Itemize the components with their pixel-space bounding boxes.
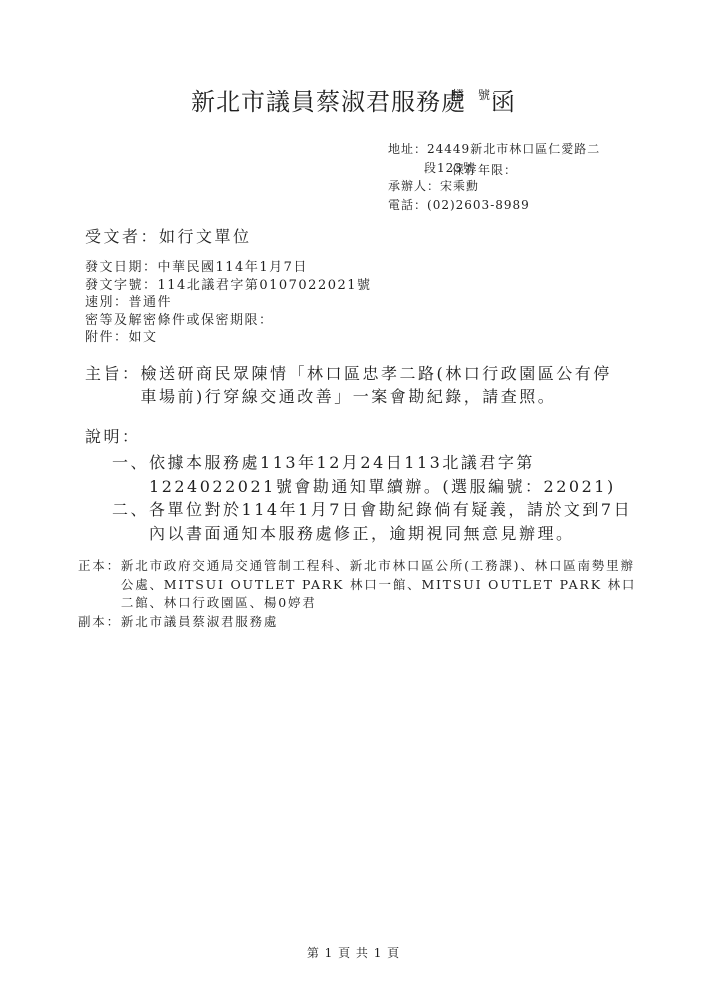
contact-phone: 電話：(02)2603-8989: [388, 196, 600, 215]
cc-copy-recipients: 新北市議員蔡淑君服務處: [121, 613, 643, 632]
officer-name: 宋乘勳: [440, 179, 479, 193]
explanation-item-2-text: 各單位對於114年1月7日會勘紀錄倘有疑義，請於文到7日內以書面通知本服務處修正…: [149, 498, 641, 545]
contact-officer: 承辦人：宋乘勳: [388, 177, 600, 196]
dispatch-number-row: 發文字號：114北議君字第0107022021號: [85, 277, 372, 295]
security-class-label: 密等及解密條件或保密期限：: [85, 313, 274, 328]
explanation-items: 一、 依據本服務處113年12月24日113北議君字第1224022021號會勘…: [112, 451, 641, 545]
contact-block: 地址：24449新北市林口區仁愛路二 段123號 承辦人：宋乘勳 電話：(02)…: [388, 140, 600, 214]
attachment-row: 附件：如文: [85, 329, 372, 347]
original-copy-recipients: 新北市政府交通局交通管制工程科、新北市林口區公所(工務課)、林口區南勢里辦公處、…: [121, 557, 643, 613]
dispatch-number-value: 114北議君字第0107022021號: [158, 278, 372, 293]
explanation-item-2: 二、 各單位對於114年1月7日會勘紀錄倘有疑義，請於文到7日內以書面通知本服務…: [112, 498, 641, 545]
address-line-1: 地址：24449新北市林口區仁愛路二: [388, 140, 600, 159]
dispatch-number-label: 發文字號：: [85, 278, 158, 293]
cc-copy-row: 副本： 新北市議員蔡淑君服務處: [78, 613, 643, 632]
subject-label: 主旨：: [85, 362, 141, 385]
dispatch-date-value: 中華民國114年1月7日: [158, 260, 308, 275]
document-page: 檔 號： 保存年限： 新北市議員蔡淑君服務處 函 地址：24449新北市林口區仁…: [0, 0, 707, 1000]
phone-number: (02)2603-8989: [427, 198, 530, 212]
dispatch-meta-block: 發文日期：中華民國114年1月7日 發文字號：114北議君字第010702202…: [85, 259, 372, 347]
copies-block: 正本： 新北市政府交通局交通管制工程科、新北市林口區公所(工務課)、林口區南勢里…: [78, 557, 643, 632]
recipient-label: 受文者：: [85, 227, 159, 246]
dispatch-date-label: 發文日期：: [85, 260, 158, 275]
address-value-line1: 24449新北市林口區仁愛路二: [427, 142, 600, 156]
subject-text: 檢送研商民眾陳情「林口區忠孝二路(林口行政園區公有停車場前)行穿線交通改善」一案…: [141, 362, 613, 408]
security-class-row: 密等及解密條件或保密期限：: [85, 312, 372, 330]
recipient-value: 如行文單位: [159, 227, 252, 246]
page-number-footer: 第 1 頁 共 1 頁: [0, 944, 707, 961]
original-copy-row: 正本： 新北市政府交通局交通管制工程科、新北市林口區公所(工務課)、林口區南勢里…: [78, 557, 643, 613]
attachment-value: 如文: [129, 330, 158, 345]
document-title: 新北市議員蔡淑君服務處 函: [0, 82, 707, 117]
explanation-item-1: 一、 依據本服務處113年12月24日113北議君字第1224022021號會勘…: [112, 451, 641, 498]
subject-paragraph: 主旨： 檢送研商民眾陳情「林口區忠孝二路(林口行政園區公有停車場前)行穿線交通改…: [85, 362, 613, 408]
dispatch-date-row: 發文日期：中華民國114年1月7日: [85, 259, 372, 277]
explanation-item-1-number: 一、: [112, 451, 149, 475]
speed-class-label: 速別：: [85, 295, 129, 310]
original-copy-label: 正本：: [78, 557, 121, 576]
cc-copy-label: 副本：: [78, 613, 121, 632]
explanation-item-1-text: 依據本服務處113年12月24日113北議君字第1224022021號會勘通知單…: [149, 451, 641, 498]
address-line-2: 段123號: [388, 159, 600, 178]
attachment-label: 附件：: [85, 330, 129, 345]
officer-label: 承辦人：: [388, 179, 440, 193]
speed-class-value: 普通件: [129, 295, 173, 310]
speed-class-row: 速別：普通件: [85, 294, 372, 312]
address-value-line2: 段123號: [424, 161, 476, 175]
explanation-label: 說明：: [85, 424, 141, 447]
recipient-line: 受文者：如行文單位: [85, 224, 252, 247]
phone-label: 電話：: [388, 198, 427, 212]
explanation-item-2-number: 二、: [112, 498, 149, 522]
address-label: 地址：: [388, 142, 427, 156]
